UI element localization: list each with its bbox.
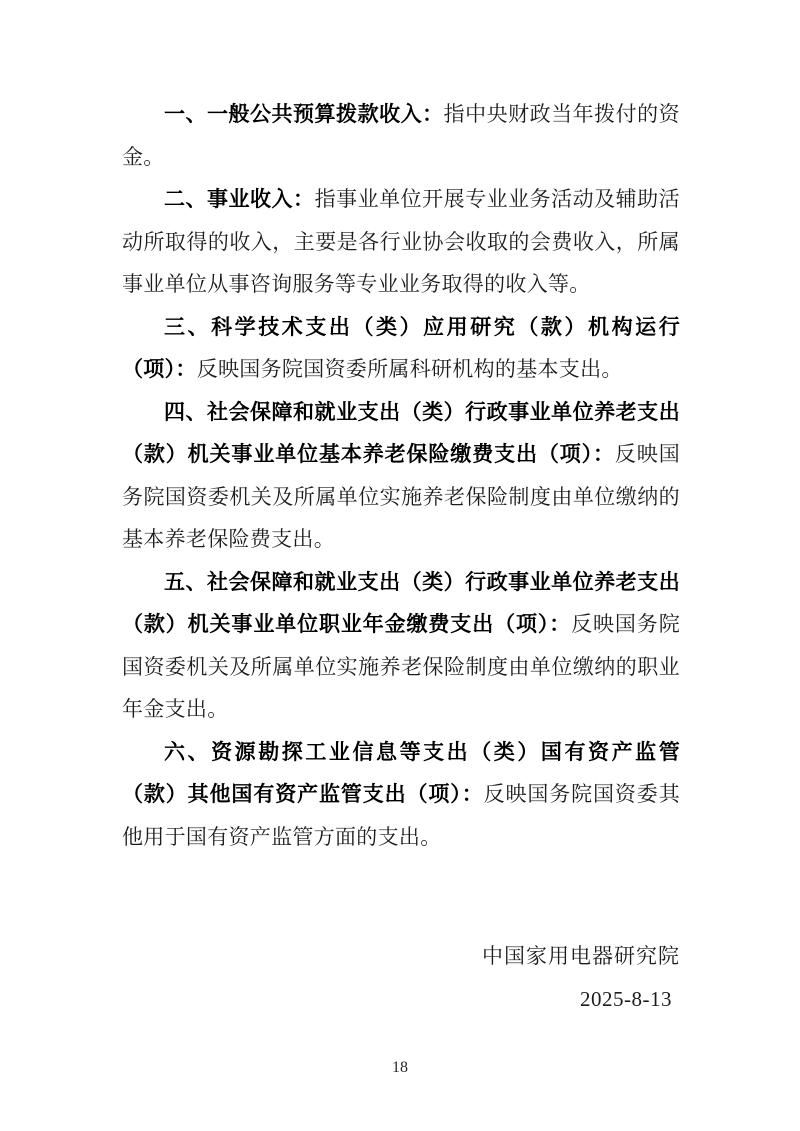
- page-number: 18: [0, 1057, 800, 1079]
- paragraph-lead: 二、事业收入：: [164, 187, 315, 211]
- paragraph: 六、资源勘探工业信息等支出（类）国有资产监管（款）其他国有资产监管支出（项）：反…: [122, 731, 680, 859]
- signature-date: 2025-8-13: [122, 978, 680, 1021]
- document-body: 一、一般公共预算拨款收入：指中央财政当年拨付的资金。二、事业收入：指事业单位开展…: [122, 93, 680, 858]
- paragraph-lead: 一、一般公共预算拨款收入：: [164, 102, 444, 126]
- paragraph-body: 反映国务院国资委所属科研机构的基本支出。: [197, 357, 623, 381]
- signature-block: 中国家用电器研究院 2025-8-13: [122, 935, 680, 1020]
- paragraph: 五、社会保障和就业支出（类）行政事业单位养老支出（款）机关事业单位职业年金缴费支…: [122, 561, 680, 731]
- paragraph: 一、一般公共预算拨款收入：指中央财政当年拨付的资金。: [122, 93, 680, 178]
- paragraph-lead: 四、社会保障和就业支出（类）行政事业单位养老支出（款）机关事业单位基本养老保险缴…: [122, 400, 680, 467]
- paragraph: 四、社会保障和就业支出（类）行政事业单位养老支出（款）机关事业单位基本养老保险缴…: [122, 391, 680, 561]
- document-page: 一、一般公共预算拨款收入：指中央财政当年拨付的资金。二、事业收入：指事业单位开展…: [0, 0, 800, 1131]
- paragraph: 三、科学技术支出（类）应用研究（款）机构运行（项）：反映国务院国资委所属科研机构…: [122, 306, 680, 391]
- paragraph: 二、事业收入：指事业单位开展专业业务活动及辅助活动所取得的收入，主要是各行业协会…: [122, 178, 680, 306]
- signature-organization: 中国家用电器研究院: [122, 935, 680, 978]
